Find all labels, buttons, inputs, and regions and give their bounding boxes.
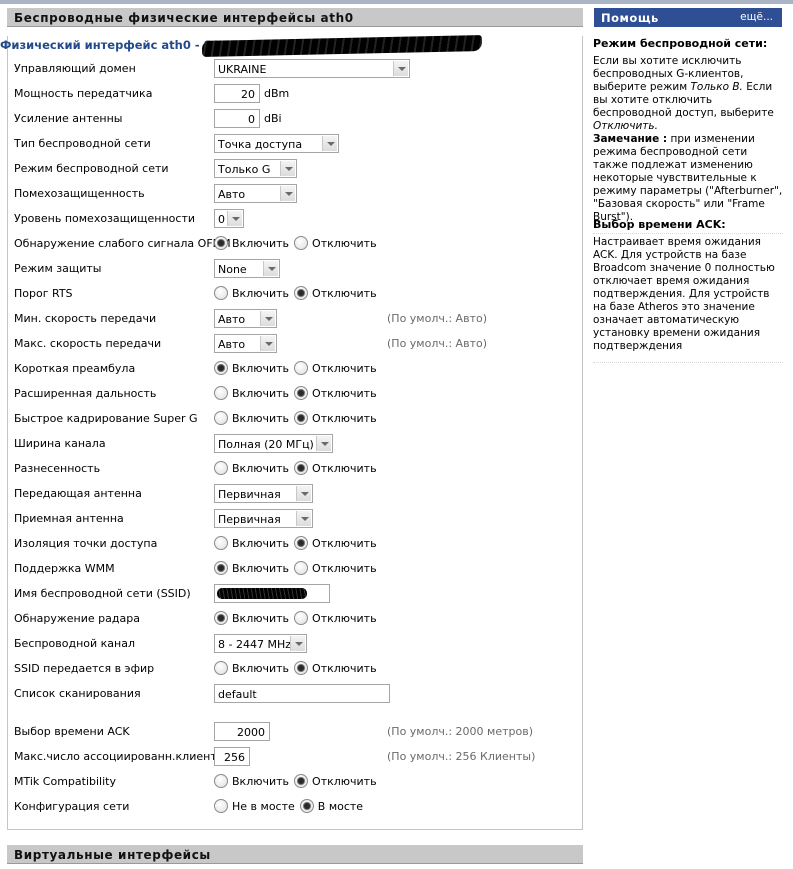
setting-label: Быстрое кадрирование Super G [14, 412, 198, 425]
radio-group: ВключитьОтключить [214, 461, 382, 475]
radio-label[interactable]: Включить [232, 462, 289, 475]
setting-label: Обнаружение слабого сигнала OFDM [14, 237, 231, 250]
chevron-down-icon[interactable] [260, 336, 275, 351]
physical-interface-panel [7, 36, 583, 830]
dropdown-select[interactable]: None [214, 259, 280, 278]
setting-row: РазнесенностьВключитьОтключить [14, 459, 574, 479]
radio-label[interactable]: Отключить [312, 237, 377, 250]
dropdown-select[interactable]: Точка доступа [214, 134, 339, 153]
setting-label: Короткая преамбула [14, 362, 135, 375]
input-value: 256 [224, 751, 245, 764]
dropdown-select[interactable]: Только G [214, 159, 297, 178]
input-value: 20 [241, 88, 255, 101]
setting-label: Имя беспроводной сети (SSID) [14, 587, 191, 600]
setting-label: Мощность передатчика [14, 87, 152, 100]
radio-button[interactable] [214, 236, 228, 250]
chevron-down-icon[interactable] [296, 511, 311, 526]
radio-button[interactable] [214, 561, 228, 575]
setting-row: Список сканированияdefault [14, 684, 574, 704]
radio-group: ВключитьОтключить [214, 386, 382, 400]
input-value: 0 [248, 113, 255, 126]
help-section-wireless-mode: Режим беспроводной сети: Если вы хотите … [593, 37, 783, 234]
dropdown-select[interactable]: Первичная [214, 484, 313, 503]
setting-row: Ширина каналаПолная (20 МГц) [14, 434, 574, 454]
setting-label: Разнесенность [14, 462, 100, 475]
chevron-down-icon[interactable] [280, 161, 295, 176]
dropdown-value: 8 - 2447 MHz [218, 638, 291, 651]
setting-label: Конфигурация сети [14, 800, 129, 813]
setting-label: Макс. скорость передачи [14, 337, 161, 350]
dropdown-value: 0 [218, 213, 225, 226]
radio-label[interactable]: Отключить [312, 387, 377, 400]
radio-label[interactable]: Включить [232, 287, 289, 300]
section-title-virtual: Виртуальные интерфейсы [14, 848, 211, 862]
radio-label[interactable]: Отключить [312, 287, 377, 300]
radio-button[interactable] [214, 286, 228, 300]
radio-label[interactable]: Включить [232, 237, 289, 250]
setting-label: Управляющий домен [14, 62, 136, 75]
radio-button[interactable] [214, 661, 228, 675]
radio-button[interactable] [294, 286, 308, 300]
dropdown-value: Только G [218, 163, 270, 176]
radio-button[interactable] [214, 461, 228, 475]
setting-row: Имя беспроводной сети (SSID) [14, 584, 574, 604]
setting-row: Конфигурация сетиНе в мостеВ мосте [14, 797, 574, 817]
input-value: default [218, 688, 257, 701]
setting-label: SSID передается в эфир [14, 662, 154, 675]
setting-row: Изоляция точки доступаВключитьОтключить [14, 534, 574, 554]
setting-label: Режим защиты [14, 262, 101, 275]
dropdown-value: Точка доступа [218, 138, 302, 151]
setting-label: Мин. скорость передачи [14, 312, 156, 325]
radio-button[interactable] [294, 386, 308, 400]
chevron-down-icon[interactable] [322, 136, 337, 151]
chevron-down-icon[interactable] [263, 261, 278, 276]
radio-button[interactable] [294, 236, 308, 250]
radio-group: ВключитьОтключить [214, 411, 382, 425]
dropdown-select[interactable]: Авто [214, 309, 277, 328]
radio-label[interactable]: Отключить [312, 775, 377, 788]
setting-label: Поддержка WMM [14, 562, 115, 575]
setting-row: Макс.число ассоциированн.клиентов256(По … [14, 747, 574, 767]
dropdown-value: Первичная [218, 488, 281, 501]
radio-group: ВключитьОтключить [214, 286, 382, 300]
radio-label[interactable]: Отключить [312, 612, 377, 625]
setting-label: Беспроводной канал [14, 637, 135, 650]
setting-row: MTik CompatibilityВключитьОтключить [14, 772, 574, 792]
radio-group: ВключитьОтключить [214, 561, 382, 575]
radio-group: ВключитьОтключить [214, 236, 382, 250]
radio-button[interactable] [214, 611, 228, 625]
setting-label: Ширина канала [14, 437, 106, 450]
section-title: Беспроводные физические интерфейсы ath0 [14, 11, 354, 25]
setting-label: Помехозащищенность [14, 187, 145, 200]
dropdown-value: Полная (20 МГц) [218, 438, 314, 451]
setting-row: Режим защитыNone [14, 259, 574, 279]
setting-label: Приемная антенна [14, 512, 124, 525]
radio-button[interactable] [214, 799, 228, 813]
top-bar [0, 0, 793, 4]
setting-row: Поддержка WMMВключитьОтключить [14, 559, 574, 579]
radio-button[interactable] [294, 411, 308, 425]
radio-label[interactable]: Отключить [312, 537, 377, 550]
chevron-down-icon[interactable] [316, 436, 331, 451]
text-input[interactable]: 20 [214, 84, 260, 103]
setting-row: Быстрое кадрирование Super GВключитьОткл… [14, 409, 574, 429]
setting-row: Макс. скорость передачиАвто(По умолч.: А… [14, 334, 574, 354]
setting-label: Усиление антенны [14, 112, 122, 125]
text-input[interactable]: 2000 [214, 722, 270, 741]
radio-label[interactable]: Отключить [312, 662, 377, 675]
radio-button[interactable] [214, 774, 228, 788]
chevron-down-icon[interactable] [260, 311, 275, 326]
radio-label[interactable]: Отключить [312, 562, 377, 575]
default-hint: (По умолч.: Авто) [387, 312, 487, 325]
radio-label[interactable]: Включить [232, 612, 289, 625]
dropdown-select[interactable]: UKRAINE [214, 59, 410, 78]
radio-group: ВключитьОтключить [214, 661, 382, 675]
setting-row: ПомехозащищенностьАвто [14, 184, 574, 204]
section-header-virtual: Виртуальные интерфейсы [7, 845, 583, 864]
setting-row: Мощность передатчика20dBm [14, 84, 574, 104]
dropdown-value: Первичная [218, 513, 281, 526]
section-header-physical: Беспроводные физические интерфейсы ath0 [7, 8, 583, 27]
setting-row: Уровень помехозащищенности0 [14, 209, 574, 229]
radio-button[interactable] [214, 411, 228, 425]
setting-label: Тип беспроводной сети [14, 137, 151, 150]
chevron-down-icon[interactable] [290, 636, 305, 651]
radio-group: ВключитьОтключить [214, 774, 382, 788]
default-hint: (По умолч.: Авто) [387, 337, 487, 350]
setting-label: Макс.число ассоциированн.клиентов [14, 750, 230, 763]
setting-label: Порог RTS [14, 287, 73, 300]
help-heading: Выбор времени ACK: [593, 218, 783, 231]
help-heading: Режим беспроводной сети: [593, 37, 783, 50]
setting-label: Уровень помехозащищенности [14, 212, 195, 225]
radio-button[interactable] [294, 361, 308, 375]
setting-row: Приемная антеннаПервичная [14, 509, 574, 529]
unit-label: dBm [264, 87, 289, 100]
chevron-down-icon[interactable] [296, 486, 311, 501]
radio-label[interactable]: В мосте [318, 800, 363, 813]
radio-label[interactable]: Включить [232, 562, 289, 575]
default-hint: (По умолч.: 256 Клиенты) [387, 750, 535, 763]
radio-button[interactable] [294, 611, 308, 625]
ssid-input[interactable] [214, 584, 330, 603]
setting-row: Усиление антенны0dBi [14, 109, 574, 129]
radio-label[interactable]: Включить [232, 775, 289, 788]
radio-button[interactable] [300, 799, 314, 813]
radio-label[interactable]: Не в мосте [232, 800, 295, 813]
help-title: Помощь [601, 11, 659, 25]
setting-label: MTik Compatibility [14, 775, 116, 788]
setting-row: Короткая преамбулаВключитьОтключить [14, 359, 574, 379]
panel-title: Физический интерфейс ath0 - SSID [0, 38, 234, 52]
radio-label[interactable]: Отключить [312, 412, 377, 425]
help-section-ack: Выбор времени ACK: Настраивает время ожи… [593, 218, 783, 363]
dropdown-select[interactable]: Первичная [214, 509, 313, 528]
dropdown-select[interactable]: Полная (20 МГц) [214, 434, 333, 453]
setting-label: Обнаружение радара [14, 612, 140, 625]
radio-label[interactable]: Отключить [312, 362, 377, 375]
chevron-down-icon[interactable] [393, 61, 408, 76]
dropdown-select[interactable]: 8 - 2447 MHz [214, 634, 307, 653]
setting-label: Режим беспроводной сети [14, 162, 169, 175]
setting-row: Обнаружение радараВключитьОтключить [14, 609, 574, 629]
setting-row: Обнаружение слабого сигнала OFDMВключить… [14, 234, 574, 254]
redacted-ssid-mark [217, 588, 307, 599]
setting-row: Расширенная дальностьВключитьОтключить [14, 384, 574, 404]
chevron-down-icon[interactable] [227, 211, 242, 226]
help-text: Если вы хотите исключить беспроводных G-… [593, 55, 783, 224]
radio-button[interactable] [214, 361, 228, 375]
radio-button[interactable] [214, 386, 228, 400]
radio-group: ВключитьОтключить [214, 611, 382, 625]
chevron-down-icon[interactable] [280, 186, 295, 201]
radio-label[interactable]: Включить [232, 537, 289, 550]
setting-row: Выбор времени ACK2000(По умолч.: 2000 ме… [14, 722, 574, 742]
text-input[interactable]: default [214, 684, 390, 703]
radio-button[interactable] [294, 536, 308, 550]
setting-label: Расширенная дальность [14, 387, 156, 400]
radio-button[interactable] [294, 461, 308, 475]
setting-row: Передающая антеннаПервичная [14, 484, 574, 504]
dropdown-value: None [218, 263, 247, 276]
radio-button[interactable] [294, 661, 308, 675]
radio-group: ВключитьОтключить [214, 536, 382, 550]
help-divider [593, 362, 783, 363]
radio-button[interactable] [214, 536, 228, 550]
dropdown-select[interactable]: Авто [214, 334, 277, 353]
help-text: Настраивает время ожидания ACK. Для устр… [593, 236, 783, 353]
input-value: 2000 [237, 726, 265, 739]
setting-label: Выбор времени ACK [14, 725, 130, 738]
setting-row: Порог RTSВключитьОтключить [14, 284, 574, 304]
radio-button[interactable] [294, 774, 308, 788]
setting-row: Мин. скорость передачиАвто(По умолч.: Ав… [14, 309, 574, 329]
text-input[interactable]: 256 [214, 747, 250, 766]
dropdown-value: UKRAINE [218, 63, 266, 76]
default-hint: (По умолч.: 2000 метров) [387, 725, 533, 738]
dropdown-value: Авто [218, 313, 245, 326]
unit-label: dBi [264, 112, 282, 125]
setting-row: Беспроводной канал8 - 2447 MHz [14, 634, 574, 654]
radio-group: Не в мостеВ мосте [214, 799, 368, 813]
setting-row: Тип беспроводной сетиТочка доступа [14, 134, 574, 154]
help-header: Помощь ещё... [594, 8, 782, 27]
radio-label[interactable]: Включить [232, 362, 289, 375]
radio-label[interactable]: Отключить [312, 462, 377, 475]
dropdown-select[interactable]: Авто [214, 184, 297, 203]
radio-group: ВключитьОтключить [214, 361, 382, 375]
setting-row: Режим беспроводной сетиТолько G [14, 159, 574, 179]
setting-label: Изоляция точки доступа [14, 537, 157, 550]
dropdown-value: Авто [218, 188, 245, 201]
text-input[interactable]: 0 [214, 109, 260, 128]
setting-label: Список сканирования [14, 687, 141, 700]
dropdown-select[interactable]: 0 [214, 209, 244, 228]
help-more-link[interactable]: ещё... [740, 11, 773, 23]
dropdown-value: Авто [218, 338, 245, 351]
radio-label[interactable]: Включить [232, 662, 289, 675]
radio-label[interactable]: Включить [232, 387, 289, 400]
radio-label[interactable]: Включить [232, 412, 289, 425]
setting-label: Передающая антенна [14, 487, 142, 500]
setting-row: Управляющий доменUKRAINE [14, 59, 574, 79]
setting-row: SSID передается в эфирВключитьОтключить [14, 659, 574, 679]
radio-button[interactable] [294, 561, 308, 575]
